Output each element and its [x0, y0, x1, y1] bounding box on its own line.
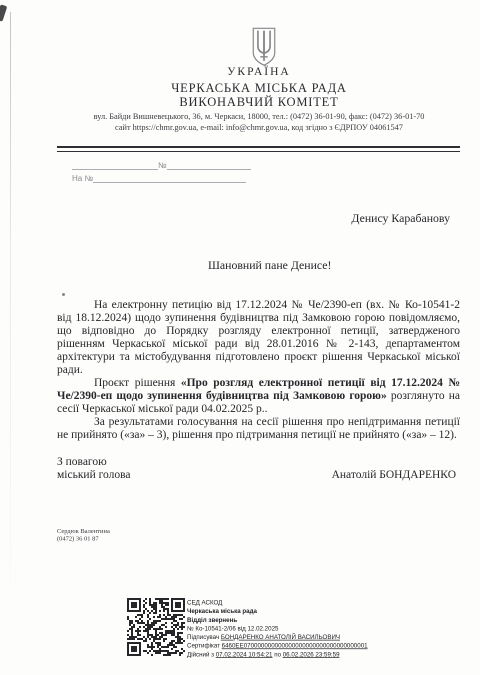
stamp-signer-line: Підписувач БОНДАРЕНКО АНАТОЛІЙ ВАСИЛЬОВИ… [187, 633, 368, 642]
header-divider-rule [57, 146, 460, 152]
reply-to-label: На № [72, 174, 93, 183]
date-blank-line [72, 160, 158, 170]
stamp-validity-line: Дійсний з 07.02.2024 10:54:21 по 06.02.2… [187, 650, 368, 659]
qr-code [127, 598, 185, 656]
stamp-cert-number: 6460EE0700000000000000000000000000000000… [222, 642, 368, 649]
body-paragraph-3: За результатами голосування на сесії ріш… [57, 416, 460, 442]
stamp-valid-separator: по [273, 651, 283, 658]
body-paragraph-1: На електронну петицію від 17.12.2024 № Ч… [57, 299, 460, 377]
salutation: Шановний пане Денисе! [208, 258, 331, 273]
scan-corner-mark [0, 4, 7, 21]
stamp-system-name: СЕД АСКОД [187, 598, 368, 607]
stamp-cert-line: Сертифікат 6460EE07000000000000000000000… [187, 641, 368, 650]
header-address-line2: сайт https://chmr.gov.ua, e-mail: info@c… [57, 123, 461, 132]
signer-name: Анатолій БОНДАРЕНКО [332, 469, 456, 481]
stamp-signer-label: Підписувач [187, 633, 221, 640]
number-sign-label: № [158, 161, 167, 170]
contact-phone: (0472) 36 01 87 [57, 535, 110, 543]
reply-blank-line [93, 173, 246, 183]
scanned-letter-page: УКРАЇНА ЧЕРКАСЬКА МІСЬКА РАДА ВИКОНАВЧИЙ… [0, 0, 480, 675]
esignature-stamp: СЕД АСКОД Черкаська міська рада Відділ з… [187, 598, 368, 658]
stamp-signer-name: БОНДАРЕНКО АНАТОЛІЙ ВАСИЛЬОВИЧ [221, 633, 340, 640]
header-address-line1: вул. Байди Вишневецького, 36, м. Черкаси… [57, 112, 461, 121]
letter-body: На електронну петицію від 17.12.2024 № Ч… [57, 299, 460, 442]
number-blank-line [167, 160, 251, 170]
contact-block: Сердюк Валентина (0472) 36 01 87 [57, 527, 110, 543]
closing-phrase: З повагою [57, 456, 107, 468]
stamp-valid-to: 06.02.2026 23:59:59 [283, 651, 340, 658]
contact-person: Сердюк Валентина [57, 527, 110, 535]
signature-row: міський голова Анатолій БОНДАРЕНКО [57, 469, 456, 481]
scan-speck [62, 293, 65, 296]
header-org-name: ЧЕРКАСЬКА МІСЬКА РАДА [57, 81, 461, 96]
body-paragraph-2: Проєкт рішення «Про розгляд електронної … [57, 377, 460, 416]
recipient-name: Денису Карабанову [300, 211, 450, 226]
header-country: УКРАЇНА [57, 66, 461, 78]
signer-title: міський голова [57, 469, 131, 481]
stamp-unit-name: Відділ звернень [187, 615, 368, 624]
stamp-cert-label: Сертифікат [187, 642, 222, 649]
scan-edge-line [10, 12, 11, 632]
reply-reference-line: На № [72, 173, 246, 183]
header-dept-name: ВИКОНАВЧИЙ КОМІТЕТ [57, 95, 461, 110]
paragraph-2-prefix: Проєкт рішення [94, 377, 181, 389]
stamp-valid-label: Дійсний з [187, 651, 216, 658]
stamp-valid-from: 07.02.2024 10:54:21 [216, 651, 273, 658]
ukraine-trident-emblem [250, 27, 278, 67]
stamp-doc-number: № Ко-10541-2/06 від 12.02.2025 [187, 624, 368, 633]
reference-number-line: № [72, 160, 251, 170]
stamp-org-name: Черкаська міська рада [187, 607, 368, 616]
